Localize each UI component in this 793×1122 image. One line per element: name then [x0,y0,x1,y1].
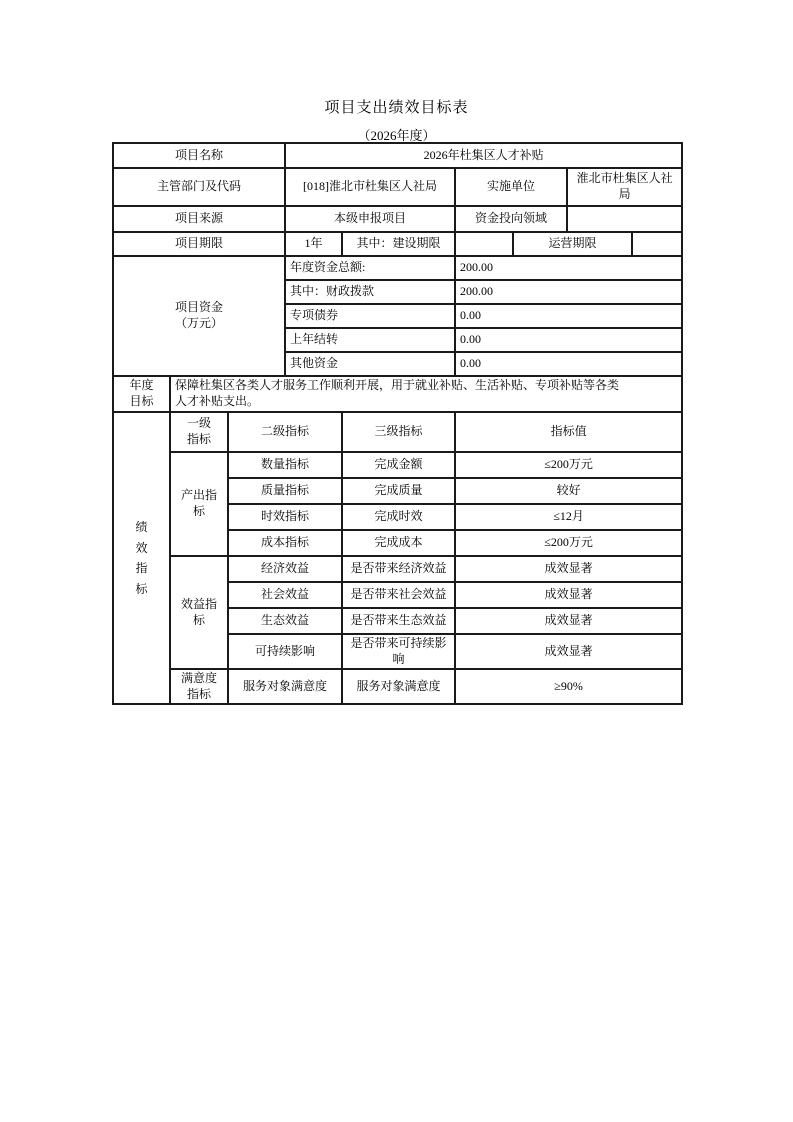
indicator-level2-cell: 服务对象满意度 [228,669,342,704]
table-row: 产出指 标 数量指标 完成金额 ≤200万元 [113,452,682,478]
indicator-value-cell: 成效显著 [455,608,682,634]
indicator-level2-cell: 社会效益 [228,582,342,608]
fund-row-label-cell: 专项债券 [285,304,455,328]
project-period-value-cell: 1年 [285,232,342,256]
indicator-value-cell: ≥90% [455,669,682,704]
performance-indicator-label-cell: 绩效指标 [113,412,170,704]
project-name-label-cell: 项目名称 [113,143,285,168]
table-row: 满意度 指标 服务对象满意度 服务对象满意度 ≥90% [113,669,682,704]
indicator-value-cell: 较好 [455,478,682,504]
op-period-value-cell [632,232,682,256]
fund-row-value-cell: 0.00 [455,304,682,328]
performance-indicator-vertical-text: 绩效指标 [136,517,148,599]
project-funds-label-cell: 项目资金 （万元） [113,256,285,376]
indicator-level2-cell: 生态效益 [228,608,342,634]
fund-row-value-cell: 200.00 [455,256,682,280]
document-title: 项目支出绩效目标表 [0,96,793,117]
indicator-level3-cell: 服务对象满意度 [342,669,455,704]
level3-header-cell: 三级指标 [342,412,455,452]
indicator-level3-cell: 完成时效 [342,504,455,530]
indicator-level3-cell: 是否带来经济效益 [342,556,455,582]
indicator-level2-cell: 可持续影响 [228,634,342,669]
indicator-value-cell: 成效显著 [455,556,682,582]
table-row: 绩效指标 一级 指标 二级指标 三级指标 指标值 [113,412,682,452]
indicator-level3-cell: 完成质量 [342,478,455,504]
indicator-level3-cell: 是否带来可持续影 响 [342,634,455,669]
annual-goal-text-cell: 保障杜集区各类人才服务工作顺利开展，用于就业补贴、生活补贴、专项补贴等各类 人才… [170,376,682,412]
table-row: 主管部门及代码 [018]淮北市杜集区人社局 实施单位 淮北市杜集区人社 局 [113,168,682,206]
project-period-label-cell: 项目期限 [113,232,285,256]
dept-code-label-cell: 主管部门及代码 [113,168,285,206]
impl-unit-value-cell: 淮北市杜集区人社 局 [567,168,682,206]
table-row: 项目来源 本级申报项目 资金投向领域 [113,206,682,232]
annual-goal-label-cell: 年度 目标 [113,376,170,412]
fund-row-value-cell: 200.00 [455,280,682,304]
output-group-label-cell: 产出指 标 [170,452,228,556]
fund-direction-label-cell: 资金投向领域 [455,206,567,232]
fund-row-value-cell: 0.00 [455,352,682,376]
indicator-value-cell: 成效显著 [455,634,682,669]
table-row: 年度 目标 保障杜集区各类人才服务工作顺利开展，用于就业补贴、生活补贴、专项补贴… [113,376,682,412]
project-source-value-cell: 本级申报项目 [285,206,455,232]
indicator-value-cell: ≤200万元 [455,530,682,556]
project-source-label-cell: 项目来源 [113,206,285,232]
level2-header-cell: 二级指标 [228,412,342,452]
indicator-level3-cell: 完成成本 [342,530,455,556]
table-row: 项目资金 （万元） 年度资金总额: 200.00 [113,256,682,280]
indicator-level3-cell: 是否带来社会效益 [342,582,455,608]
indicator-level2-cell: 时效指标 [228,504,342,530]
performance-target-table: 项目名称 2026年杜集区人才补贴 主管部门及代码 [018]淮北市杜集区人社局… [112,142,683,705]
indicator-value-cell: ≤12月 [455,504,682,530]
indicator-level3-cell: 是否带来生态效益 [342,608,455,634]
indicator-value-header-cell: 指标值 [455,412,682,452]
indicator-level2-cell: 经济效益 [228,556,342,582]
build-period-value-cell [455,232,513,256]
document-page: 项目支出绩效目标表 （2026年度） 项目名称 2026年杜集区人才补贴 主管部… [0,0,793,1122]
op-period-label-cell: 运营期限 [513,232,632,256]
indicator-value-cell: 成效显著 [455,582,682,608]
build-period-label-cell: 其中：建设期限 [342,232,455,256]
fund-row-label-cell: 其中：财政拨款 [285,280,455,304]
fund-row-label-cell: 其他资金 [285,352,455,376]
fund-row-label-cell: 年度资金总额: [285,256,455,280]
table-row: 效益指 标 经济效益 是否带来经济效益 成效显著 [113,556,682,582]
project-name-value-cell: 2026年杜集区人才补贴 [285,143,682,168]
indicator-value-cell: ≤200万元 [455,452,682,478]
fund-row-value-cell: 0.00 [455,328,682,352]
impl-unit-label-cell: 实施单位 [455,168,567,206]
indicator-level3-cell: 完成金额 [342,452,455,478]
indicator-level2-cell: 成本指标 [228,530,342,556]
fund-direction-value-cell [567,206,682,232]
table-row: 项目期限 1年 其中：建设期限 运营期限 [113,232,682,256]
satisfaction-group-label-cell: 满意度 指标 [170,669,228,704]
benefit-group-label-cell: 效益指 标 [170,556,228,669]
indicator-level2-cell: 数量指标 [228,452,342,478]
dept-code-value-cell: [018]淮北市杜集区人社局 [285,168,455,206]
level1-header-cell: 一级 指标 [170,412,228,452]
indicator-level2-cell: 质量指标 [228,478,342,504]
fund-row-label-cell: 上年结转 [285,328,455,352]
table-row: 项目名称 2026年杜集区人才补贴 [113,143,682,168]
